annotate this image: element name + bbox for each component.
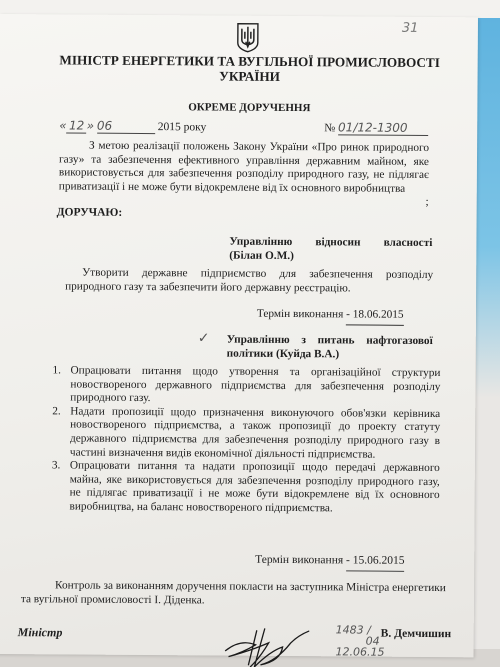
document-date: «12» 06 2015 року <box>59 118 206 134</box>
deadline-2-date: - 15.06.2015 <box>346 554 405 571</box>
task-list: 1. Опрацювати питання щодо утворення та … <box>52 364 441 516</box>
issuer-heading: МІНІСТР ЕНЕРГЕТИКИ ТА ВУГІЛЬНОЇ ПРОМИСЛО… <box>40 52 460 85</box>
deadline-1: Термін виконання - 18.06.2015 <box>257 308 404 321</box>
list-item-text: Надати пропозиції щодо призначення викон… <box>70 405 440 462</box>
date-close-quote: » <box>87 119 95 133</box>
addressee-2-line-2: політики (Куйда В.А.) <box>227 347 433 362</box>
list-item: 1. Опрацювати питання щодо утворення та … <box>52 364 440 407</box>
control-clause: Контроль за виконанням доручення покласт… <box>21 578 456 609</box>
list-item-text: Опрацювати питання щодо утворення та орг… <box>70 365 440 408</box>
document-page: 31 МІНІСТР ЕНЕРГЕТИКИ ТА ВУГІЛЬНОЇ ПРОМИ… <box>0 14 478 657</box>
task-1: Утворити державне підприємство для забез… <box>65 266 433 296</box>
deadline-1-date: - 18.06.2015 <box>346 308 404 325</box>
deadline-2: Термін виконання - 15.06.2015 <box>255 554 404 572</box>
addressee-1-line-2: (Білан О.М.) <box>229 249 432 264</box>
signatory-title: Міністр <box>18 625 63 640</box>
issuer-line-1: МІНІСТР ЕНЕРГЕТИКИ ТА ВУГІЛЬНОЇ ПРОМИСЛО… <box>40 52 460 70</box>
number-value: 01/12-1300 <box>338 120 428 136</box>
list-item-text: Опрацювати питання та надати пропозиції … <box>70 460 440 517</box>
addressee-1-line-1: Управлінню відносин власності <box>229 235 432 250</box>
background-blue-folder <box>476 18 500 398</box>
preamble: З метою реалізації положень Закону Украї… <box>59 139 429 210</box>
deadline-1-label: Термін виконання <box>257 308 344 321</box>
number-label: № <box>324 122 335 134</box>
list-item-number: 3. <box>52 460 70 514</box>
handwritten-page-number: 31 <box>402 21 419 36</box>
date-open-quote: « <box>59 118 67 132</box>
preamble-end: ; <box>396 196 429 210</box>
check-mark-icon: ✓ <box>198 330 210 347</box>
list-item-number: 1. <box>52 364 70 405</box>
coat-of-arms-icon <box>237 23 259 53</box>
addressee-2-line-1: Управлінню з питань нафтогазової <box>227 333 433 348</box>
list-item-number: 2. <box>52 405 70 459</box>
date-month: 06 <box>97 119 155 134</box>
deadline-2-label: Термін виконання <box>255 554 343 567</box>
addressee-1: Управлінню відносин власності (Білан О.М… <box>229 235 432 264</box>
registration-note: 1483 / 04 12.06.15 <box>336 624 385 657</box>
list-item: 2. Надати пропозиції щодо призначення ви… <box>52 405 440 462</box>
handwritten-signature-icon <box>220 621 310 667</box>
document-type: ОКРЕМЕ ДОРУЧЕННЯ <box>39 100 459 115</box>
addressee-2: Управлінню з питань нафтогазової політик… <box>227 333 433 362</box>
list-item: 3. Опрацювати питання та надати пропозиц… <box>52 460 440 517</box>
signer-name: В. Демчишин <box>381 628 452 640</box>
issuer-line-2: УКРАЇНИ <box>40 67 460 85</box>
document-number: № 01/12-1300 <box>324 120 428 136</box>
date-year: 2015 року <box>158 121 207 133</box>
order-heading: ДОРУЧАЮ: <box>57 206 123 218</box>
date-day: 12 <box>67 118 87 133</box>
preamble-text: З метою реалізації положень Закону Украї… <box>59 140 429 195</box>
reg-note-line-3: 12.06.15 <box>336 646 385 657</box>
